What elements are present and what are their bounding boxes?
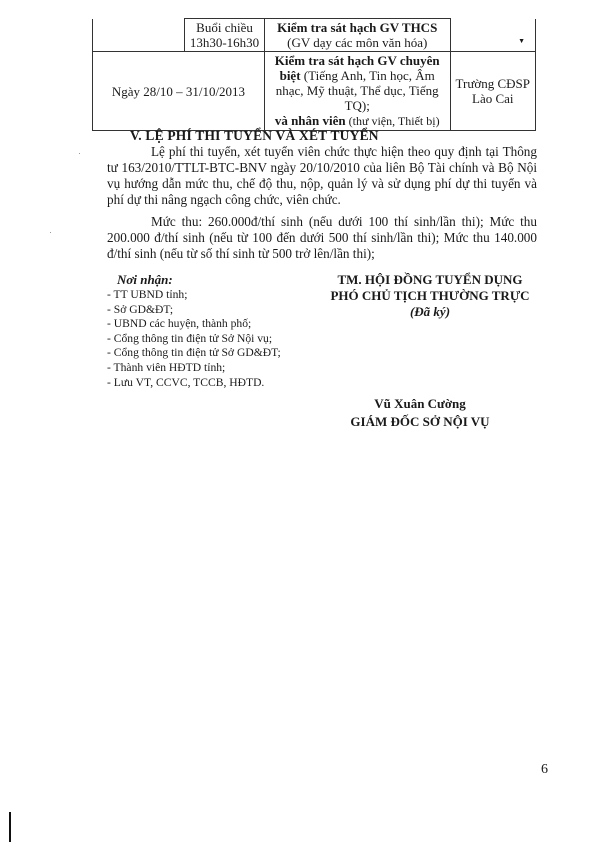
date-cell: Ngày 28/10 – 31/10/2013 (93, 52, 265, 131)
signer-title: GIÁM ĐỐC SỞ NỘI VỤ (320, 413, 520, 431)
location-line-2: Lào Cai (454, 91, 532, 106)
recipient-item: - Sở GD&ĐT; (107, 303, 281, 318)
content-cell: Kiểm tra sát hạch GV THCS (GV dạy các mô… (264, 19, 450, 52)
location-line-1: Trường CĐSP (454, 76, 532, 91)
recipient-item: - Thành viên HĐTD tỉnh; (107, 361, 281, 376)
signature-line-2: PHÓ CHỦ TỊCH THƯỜNG TRỰC (320, 288, 540, 304)
section-heading: V. LỆ PHÍ THI TUYỂN VÀ XÉT TUYỂN (130, 128, 379, 144)
scan-margin-mark (9, 812, 11, 842)
schedule-table: Buổi chiều 13h30-16h30 Kiểm tra sát hạch… (92, 18, 536, 131)
scan-speck (79, 153, 80, 154)
scan-speck (50, 232, 51, 233)
recipient-item: - TT UBND tỉnh; (107, 288, 281, 303)
signer-name: Vũ Xuân Cường (320, 395, 520, 413)
location-cell: Trường CĐSP Lào Cai (450, 52, 535, 131)
fee-regulation-paragraph: Lệ phí thi tuyển, xét tuyển viên chức th… (107, 144, 537, 208)
recipient-item: - Lưu VT, CCVC, TCCB, HĐTD. (107, 376, 281, 391)
staff-title: và nhân viên (275, 113, 346, 128)
paragraph-text: Lệ phí thi tuyển, xét tuyển viên chức th… (107, 144, 537, 207)
paragraph-text: Mức thu: 260.000đ/thí sinh (nếu dưới 100… (107, 214, 537, 261)
location-cell-empty: ▼ (450, 19, 535, 52)
fee-amount-paragraph: Mức thu: 260.000đ/thí sinh (nếu dưới 100… (107, 214, 537, 262)
page-number: 6 (541, 762, 548, 778)
signed-note: (Đã ký) (320, 304, 540, 320)
recipients-block: Nơi nhận: - TT UBND tỉnh; - Sở GD&ĐT; - … (107, 272, 281, 390)
signature-block: TM. HỘI ĐỒNG TUYỂN DỤNG PHÓ CHỦ TỊCH THƯ… (320, 272, 540, 320)
recipient-item: - Cổng thông tin điện tử Sở Nội vụ; (107, 332, 281, 347)
dot-mark: ▼ (518, 34, 525, 49)
signature-line-1: TM. HỘI ĐỒNG TUYỂN DỤNG (320, 272, 540, 288)
table-cell-empty (93, 19, 185, 52)
signer-block: Vũ Xuân Cường GIÁM ĐỐC SỞ NỘI VỤ (320, 395, 520, 431)
session-time: 13h30-16h30 (188, 35, 261, 50)
session-cell: Buổi chiều 13h30-16h30 (185, 19, 265, 52)
table-row: Buổi chiều 13h30-16h30 Kiểm tra sát hạch… (93, 19, 536, 52)
recipient-item: - Cổng thông tin điện tử Sở GD&ĐT; (107, 346, 281, 361)
recipients-title: Nơi nhận: (117, 272, 281, 288)
table-row: Ngày 28/10 – 31/10/2013 Kiểm tra sát hạc… (93, 52, 536, 131)
exam-title: Kiểm tra sát hạch GV THCS (277, 20, 437, 35)
staff-types: (thư viện, Thiết bị) (346, 114, 440, 128)
exam-subjects: (Tiếng Anh, Tin học, Âm nhạc, Mỹ thuật, … (276, 68, 439, 113)
recipient-item: - UBND các huyện, thành phố; (107, 317, 281, 332)
exam-subtitle: (GV dạy các môn văn hóa) (268, 35, 447, 50)
content-cell: Kiểm tra sát hạch GV chuyên biệt (Tiếng … (264, 52, 450, 131)
session-label: Buổi chiều (188, 20, 261, 35)
